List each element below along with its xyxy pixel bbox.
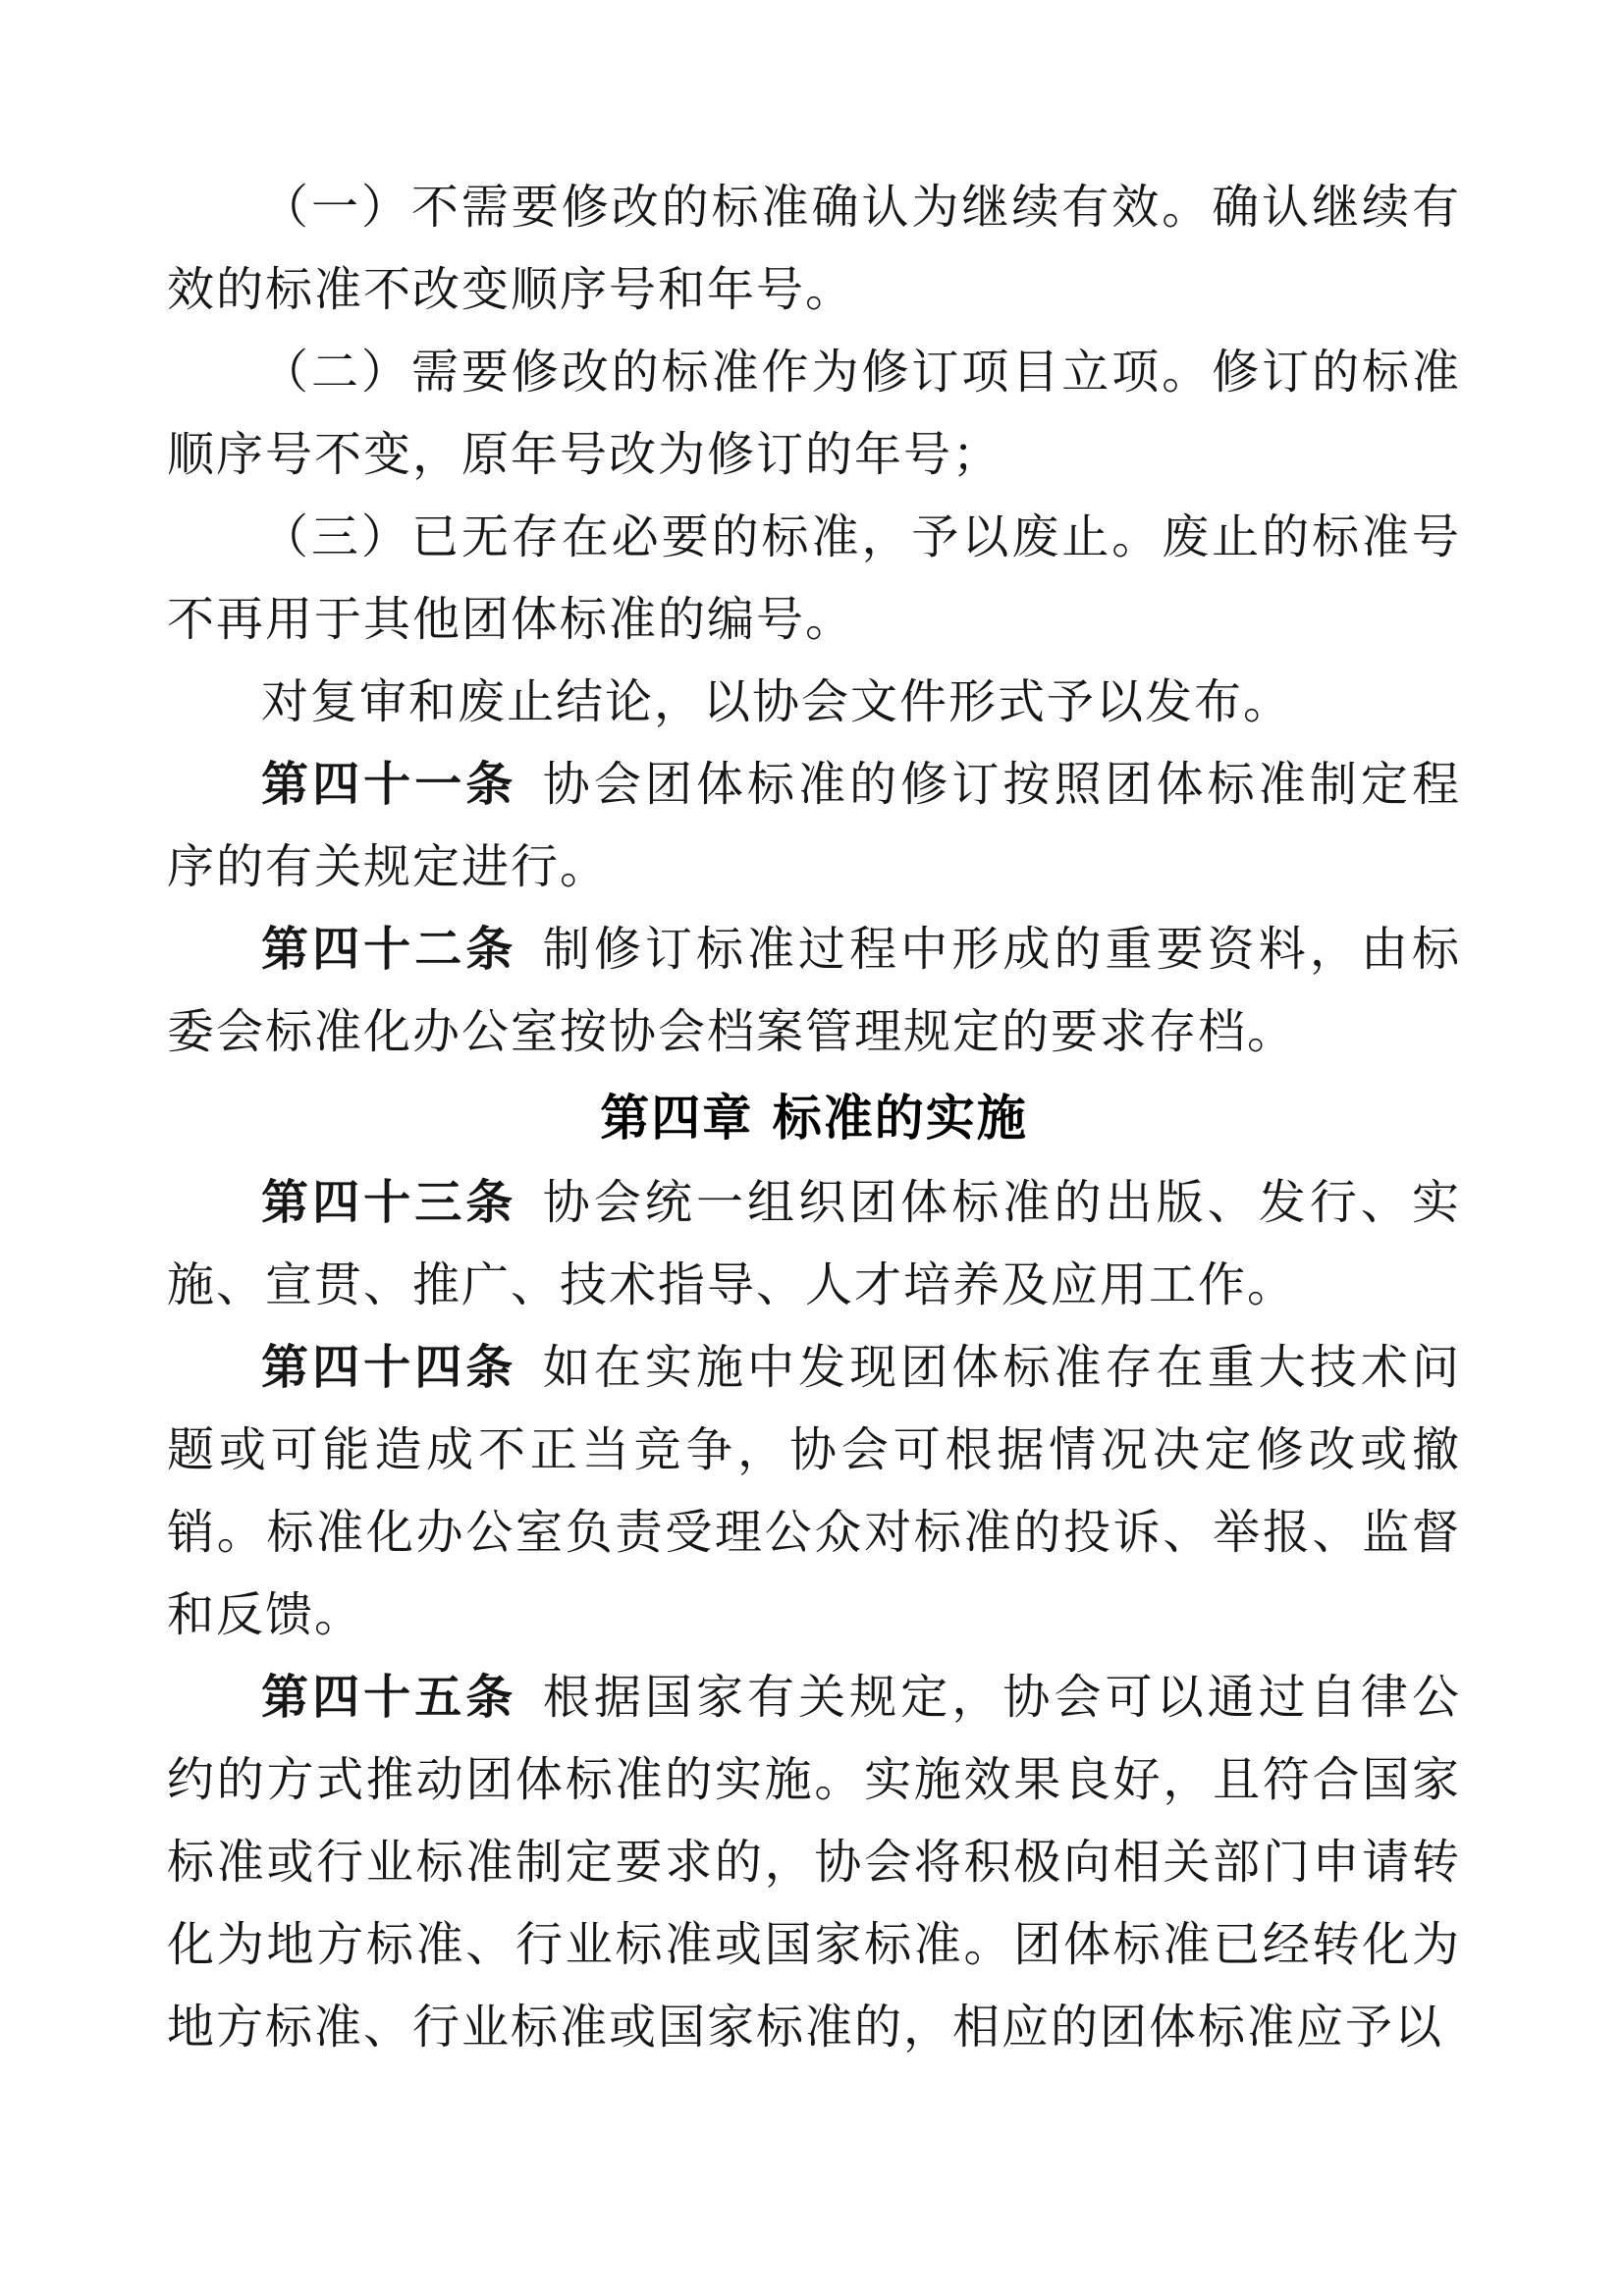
article-42-label: 第四十二条 <box>261 924 516 976</box>
document-body: （一）不需要修改的标准确认为继续有效。确认继续有效的标准不改变顺序号和年号。 （… <box>167 167 1461 2069</box>
clause-item-3: （三）已无存在必要的标准，予以废止。废止的标准号不再用于其他团体标准的编号。 <box>167 497 1461 662</box>
article-45-text: 根据国家有关规定，协会可以通过自律公约的方式推动团体标准的实施。实施效果良好，且… <box>167 1672 1461 2054</box>
article-42-paragraph: 第四十二条制修订标准过程中形成的重要资料，由标委会标准化办公室按协会档案管理规定… <box>167 909 1461 1074</box>
chapter-4-heading: 第四章 标准的实施 <box>167 1074 1461 1162</box>
article-45-label: 第四十五条 <box>261 1672 516 1724</box>
article-44-paragraph: 第四十四条如在实施中发现团体标准存在重大技术问题或可能造成不正当竞争，协会可根据… <box>167 1327 1461 1657</box>
clause-item-2: （二）需要修改的标准作为修订项目立项。修订的标准顺序号不变，原年号改为修订的年号… <box>167 332 1461 497</box>
article-43-paragraph: 第四十三条协会统一组织团体标准的出版、发行、实施、宣贯、推广、技术指导、人才培养… <box>167 1162 1461 1327</box>
article-44-label: 第四十四条 <box>261 1342 516 1394</box>
document-page: （一）不需要修改的标准确认为继续有效。确认继续有效的标准不改变顺序号和年号。 （… <box>0 0 1624 2296</box>
article-41-label: 第四十一条 <box>261 759 516 811</box>
article-41-paragraph: 第四十一条协会团体标准的修订按照团体标准制定程序的有关规定进行。 <box>167 744 1461 909</box>
review-conclusion-paragraph: 对复审和废止结论，以协会文件形式予以发布。 <box>167 662 1461 744</box>
clause-item-1: （一）不需要修改的标准确认为继续有效。确认继续有效的标准不改变顺序号和年号。 <box>167 167 1461 332</box>
article-45-paragraph: 第四十五条根据国家有关规定，协会可以通过自律公约的方式推动团体标准的实施。实施效… <box>167 1657 1461 2069</box>
article-43-label: 第四十三条 <box>261 1177 516 1229</box>
